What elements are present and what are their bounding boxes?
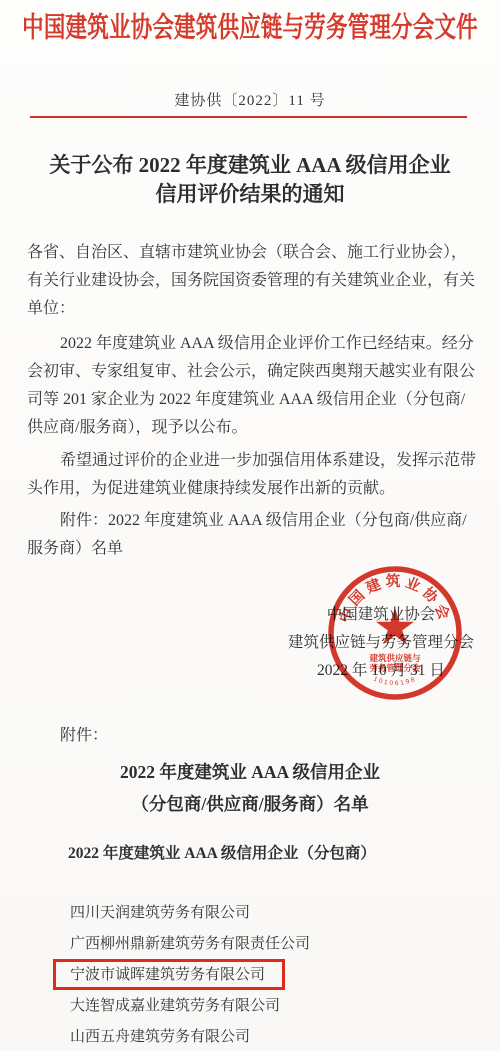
announcement-line: 会初审、专家组复审、社会公示，确定陕西奥翔天越实业有限公 bbox=[27, 358, 474, 386]
document-number: 建协供〔2022〕11 号 bbox=[0, 92, 500, 110]
recipients-line: 有关行业建设协会，国务院国资委管理的有关建筑业企业，有关 bbox=[27, 267, 474, 295]
seal-inner-text-line2: 劳务管理分会 bbox=[369, 663, 421, 673]
seal-inner-text-line1: 建筑供应链与 bbox=[368, 653, 421, 663]
announcement-line: 司等 201 家企业为 2022 年度建筑业 AAA 级信用企业（分包商/ bbox=[27, 386, 474, 414]
announcement-line: 供应商/服务商），现予以公布。 bbox=[27, 414, 474, 442]
expectation-line: 希望通过评价的企业进一步加强信用体系建设，发挥示范带 bbox=[27, 447, 474, 475]
recipients-paragraph: 各省、自治区、直辖市建筑业协会（联合会、施工行业协会）， 有关行业建设协会，国务… bbox=[27, 239, 474, 323]
appendix-heading-line2: （分包商/供应商/服务商）名单 bbox=[0, 788, 500, 820]
notice-body: 各省、自治区、直辖市建筑业协会（联合会、施工行业协会）， 有关行业建设协会，国务… bbox=[0, 239, 500, 563]
recipients-line: 单位： bbox=[27, 295, 474, 323]
attachment-reference: 附件：2022 年度建筑业 AAA 级信用企业（分包商/供应商/ 服务商）名单 bbox=[27, 507, 474, 563]
company-list-item: 广西柳州鼎新建筑劳务有限责任公司 bbox=[0, 929, 500, 960]
seal-star-icon bbox=[376, 608, 414, 644]
company-list-item: 山西五舟建筑劳务有限公司 bbox=[0, 1022, 500, 1051]
attachment-reference-line: 附件：2022 年度建筑业 AAA 级信用企业（分包商/供应商/ bbox=[27, 507, 474, 535]
letterhead-title: 中国建筑业协会建筑供应链与劳务管理分会文件 bbox=[0, 0, 500, 47]
notice-title-line1: 关于公布 2022 年度建筑业 AAA 级信用企业 bbox=[0, 151, 500, 180]
seal-serial-number: 10106198 bbox=[372, 676, 417, 687]
company-list-item: 大连智成嘉业建筑劳务有限公司 bbox=[0, 991, 500, 1022]
letterhead-divider-rule bbox=[30, 116, 467, 118]
appendix-heading: 2022 年度建筑业 AAA 级信用企业 （分包商/供应商/服务商）名单 bbox=[0, 756, 500, 820]
appendix-heading-line1: 2022 年度建筑业 AAA 级信用企业 bbox=[0, 756, 500, 788]
svg-text:10106198: 10106198 bbox=[372, 676, 417, 687]
recipients-line: 各省、自治区、直辖市建筑业协会（联合会、施工行业协会）， bbox=[27, 239, 474, 267]
appendix-label: 附件： bbox=[0, 722, 500, 750]
expectation-line: 头作用，为促进建筑业健康持续发展作出新的贡献。 bbox=[27, 475, 474, 503]
notice-title-line2: 信用评价结果的通知 bbox=[0, 180, 500, 209]
company-list-item-highlighted: 宁波市诚晖建筑劳务有限公司 bbox=[0, 960, 500, 991]
scanned-document-page: 中国建筑业协会建筑供应链与劳务管理分会文件 建协供〔2022〕11 号 关于公布… bbox=[0, 0, 500, 1051]
official-seal-stamp-icon: 中国建筑业协会 建筑供应链与 劳务管理分会 10106198 bbox=[320, 558, 470, 708]
announcement-paragraph: 2022 年度建筑业 AAA 级信用企业评价工作已经结束。经分 会初审、专家组复… bbox=[27, 330, 474, 442]
expectation-paragraph: 希望通过评价的企业进一步加强信用体系建设，发挥示范带 头作用，为促进建筑业健康持… bbox=[27, 447, 474, 503]
announcement-line: 2022 年度建筑业 AAA 级信用企业评价工作已经结束。经分 bbox=[27, 330, 474, 358]
appendix-section-title: 2022 年度建筑业 AAA 级信用企业（分包商） bbox=[0, 840, 500, 868]
notice-title: 关于公布 2022 年度建筑业 AAA 级信用企业 信用评价结果的通知 bbox=[0, 151, 500, 209]
company-list: 四川天润建筑劳务有限公司 广西柳州鼎新建筑劳务有限责任公司 宁波市诚晖建筑劳务有… bbox=[0, 898, 500, 1051]
company-list-item: 四川天润建筑劳务有限公司 bbox=[0, 898, 500, 929]
